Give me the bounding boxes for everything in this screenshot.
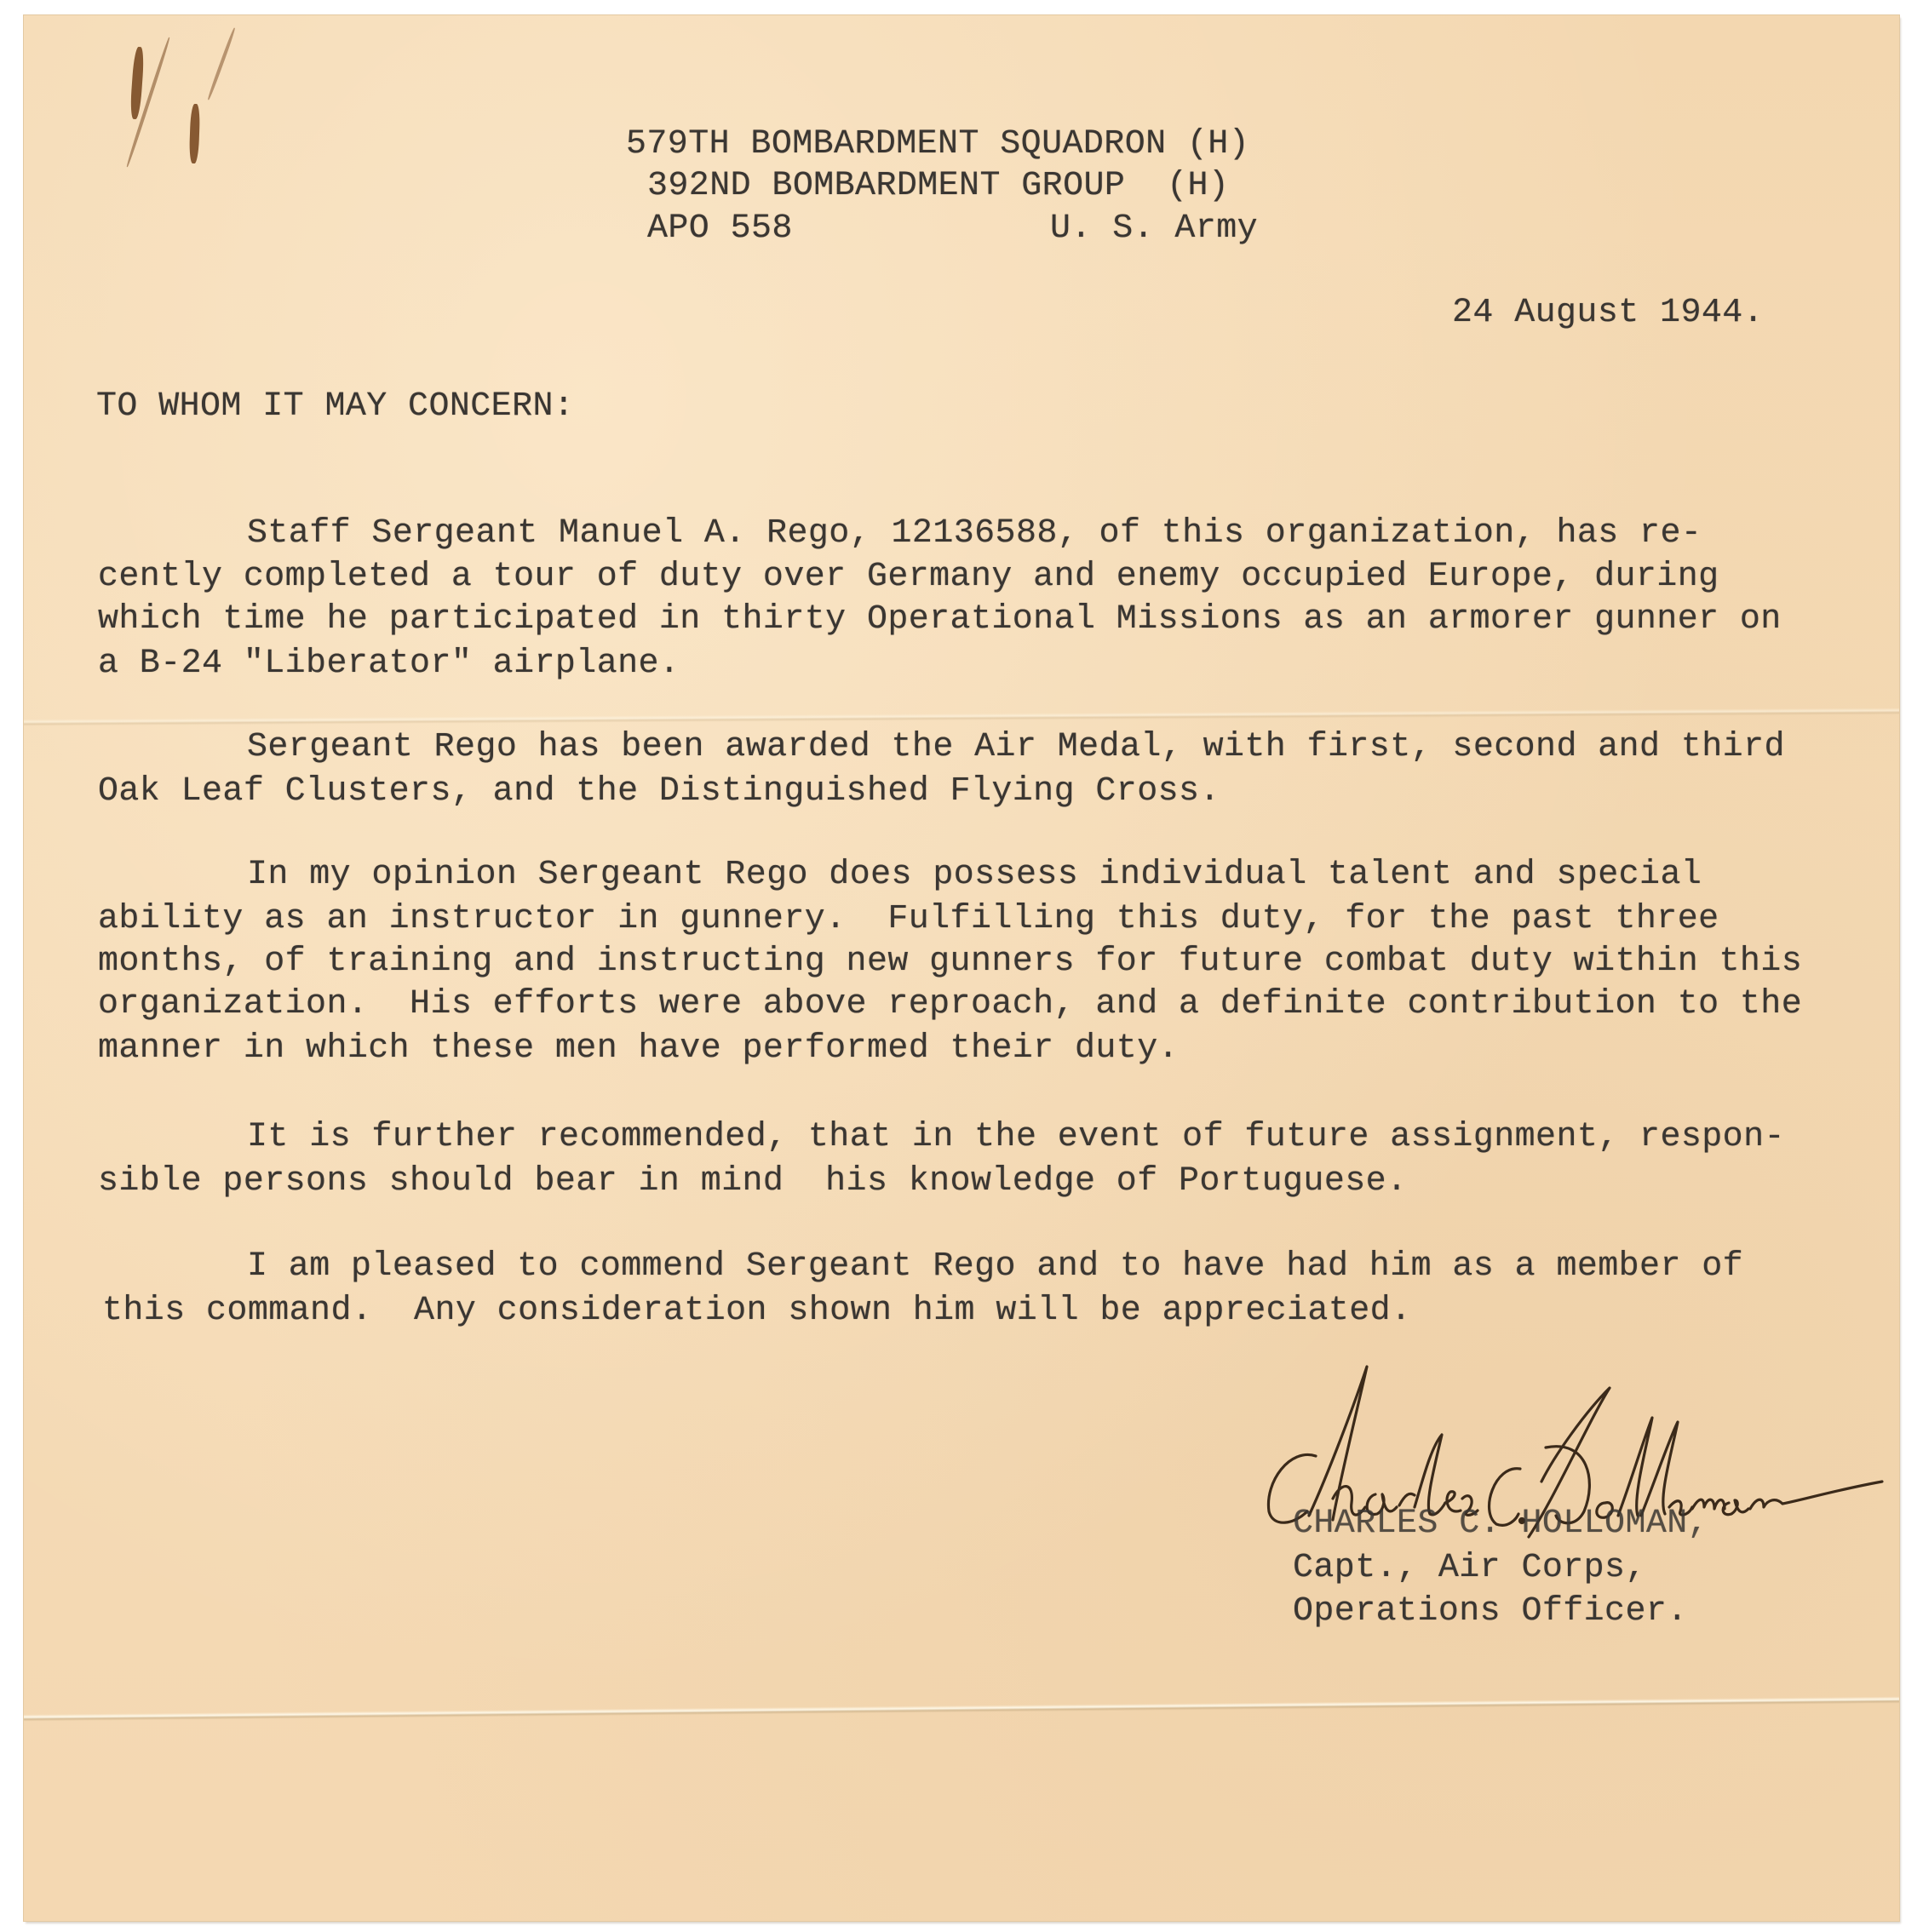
body-line: sible persons should bear in mind his kn… — [98, 1165, 1407, 1199]
body-line: I am pleased to commend Sergeant Rego an… — [247, 1250, 1743, 1284]
letterhead-apo: APO 558 — [647, 212, 793, 246]
signatory-title: Operations Officer. — [1293, 1595, 1688, 1629]
letterhead-squadron: 579TH BOMBARDMENT SQUADRON (H) — [626, 128, 1249, 162]
body-line: organization. His efforts were above rep… — [98, 988, 1802, 1022]
body-line: manner in which these men have performed… — [98, 1032, 1179, 1066]
body-line: which time he participated in thirty Ope… — [98, 603, 1782, 637]
body-line: ability as an instructor in gunnery. Ful… — [98, 903, 1719, 937]
body-line: It is further recommended, that in the e… — [247, 1121, 1785, 1155]
signatory-rank: Capt., Air Corps, — [1293, 1551, 1646, 1585]
paper-fold-crease — [24, 708, 1899, 725]
body-line: a B-24 "Liberator" airplane. — [98, 647, 680, 681]
signatory-name: CHARLES C. HOLLOMAN, — [1293, 1507, 1708, 1541]
letterhead-army: U. S. Army — [1050, 212, 1258, 246]
body-line: Staff Sergeant Manuel A. Rego, 12136588,… — [247, 517, 1702, 551]
body-line: this command. Any consideration shown hi… — [102, 1294, 1411, 1328]
letter-date: 24 August 1944. — [1452, 296, 1764, 330]
body-line: In my opinion Sergeant Rego does possess… — [247, 858, 1702, 892]
body-line: Oak Leaf Clusters, and the Distinguished… — [98, 775, 1220, 809]
body-line: cently completed a tour of duty over Ger… — [98, 560, 1719, 594]
salutation: TO WHOM IT MAY CONCERN: — [96, 390, 574, 424]
letterhead-group: 392ND BOMBARDMENT GROUP (H) — [647, 169, 1229, 204]
body-line: months, of training and instructing new … — [98, 945, 1802, 979]
svg-text:Charles C. Holloman: Charles C. Holloman — [1248, 1354, 1257, 1355]
paper-fold-crease — [24, 1696, 1899, 1721]
body-line: Sergeant Rego has been awarded the Air M… — [247, 731, 1785, 765]
